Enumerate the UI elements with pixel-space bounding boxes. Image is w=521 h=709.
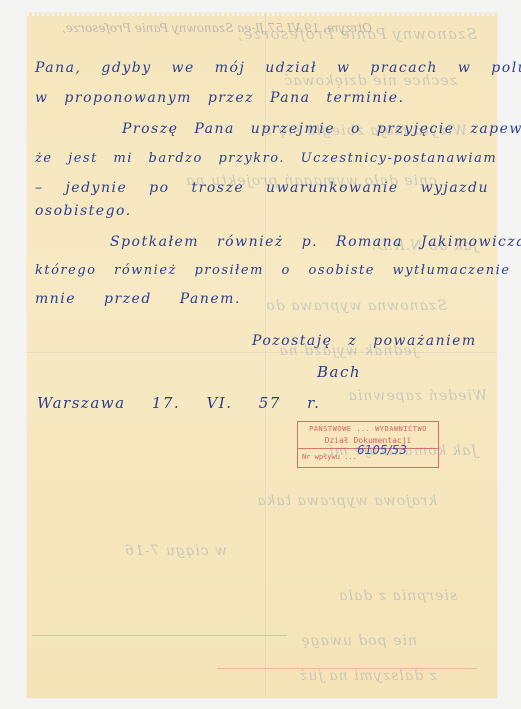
closing-phrase: Pozostaję z poważaniem xyxy=(252,333,477,349)
letter-line-1: Pana, gdyby we mój udział w pracach w po… xyxy=(35,60,521,76)
letter-line-4: że jest mi bardzo przykro. Uczestnicy-po… xyxy=(35,151,497,166)
place-and-date: Warszawa 17. VI. 57 r. xyxy=(37,394,320,412)
stamp-institution: PAŃSTWOWE ... WYDAWNICTWO xyxy=(302,425,434,433)
reverse-line: krajowa wyprawa taka xyxy=(256,493,437,509)
letter-line-6: osobistego. xyxy=(35,203,132,219)
horizontal-fold-crease xyxy=(27,352,497,354)
reverse-line: w ciągu 7-16 xyxy=(124,543,227,559)
letter-page: Szanowny Panie Profesorze, zechce nie dz… xyxy=(27,13,497,698)
letter-line-8: którego również prosiłem o osobiste wytł… xyxy=(35,263,510,278)
vertical-fold-crease xyxy=(265,13,267,698)
reverse-line: z dalszymi na już xyxy=(299,668,437,684)
signature: Bach xyxy=(317,363,361,381)
letter-line-7: Spotkałem również p. Romana Jakimowicza, xyxy=(110,234,521,250)
bleed-through-reverse-text: Szanowny Panie Profesorze, zechce nie dz… xyxy=(27,13,497,698)
reverse-header-note: Otrzym. 19 VI 57 Jl-ea Szanowny Panie Pr… xyxy=(62,21,372,35)
reverse-line: nie pod uwagę xyxy=(300,633,417,649)
letter-line-5: – jedynie po trosze uwarunkowanie wyjazd… xyxy=(35,180,489,196)
reverse-line: Wiedeń zapewnia xyxy=(348,388,487,404)
pink-rule-line xyxy=(217,668,477,669)
reverse-line: Szanowna wyprawa do xyxy=(265,298,447,314)
letter-line-2: w proponowanym przez Pana terminie. xyxy=(35,90,405,106)
reverse-line: sierpnia z dala xyxy=(338,588,457,604)
letter-line-9: mnie przed Panem. xyxy=(35,291,241,307)
letter-line-3: Proszę Pana uprzejmie o przyjęcie zapewn… xyxy=(122,121,521,137)
stamp-receipt-number: 6105/53 xyxy=(357,443,407,457)
pink-rule-line xyxy=(32,635,287,636)
